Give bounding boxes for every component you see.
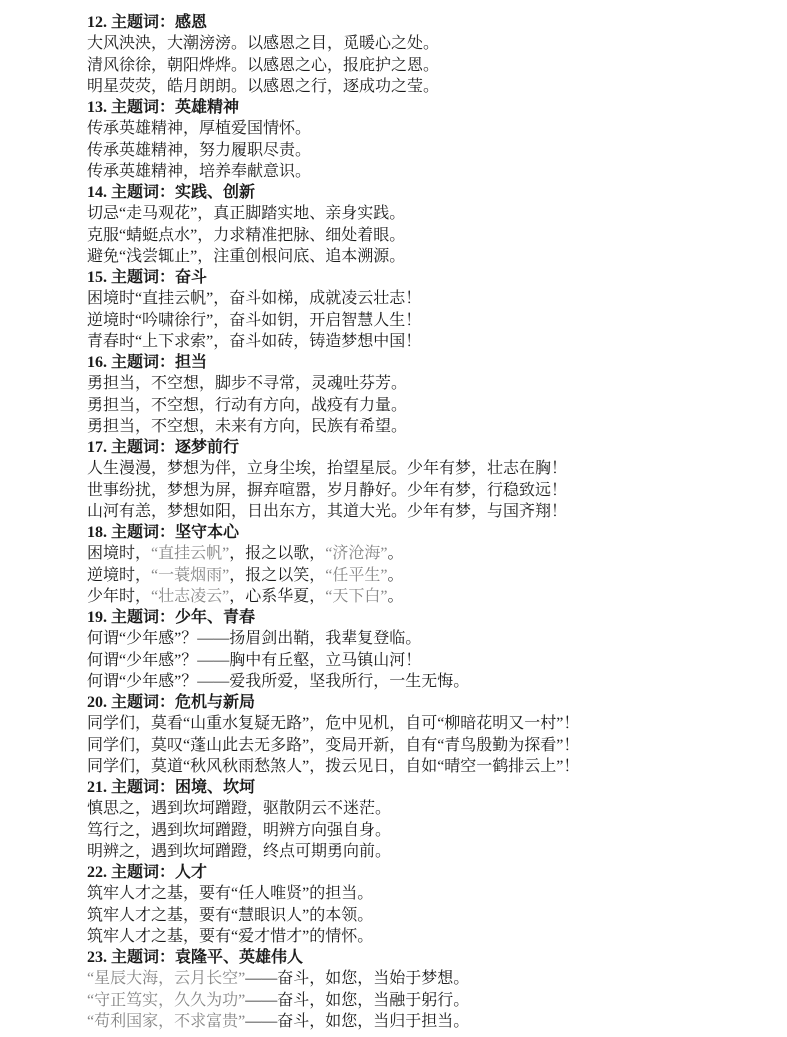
text-line: 何谓“少年感”？——扬眉剑出鞘，我辈复登临。 <box>87 628 757 649</box>
text-line: 明辨之，遇到坎坷蹭蹬，终点可期勇向前。 <box>87 841 757 862</box>
text-run: 避免“浅尝辄止”，注重创根问底、追本溯源。 <box>87 248 405 265</box>
text-run: 清风徐徐，朝阳烨烨。以感恩之心，报庇护之恩。 <box>87 57 439 74</box>
text-line: 克服“蜻蜓点水”，力求精准把脉、细处着眼。 <box>87 225 757 246</box>
quoted-phrase: “天下白” <box>325 588 387 605</box>
section-21: 21. 主题词：困境、坎坷慎思之，遇到坎坷蹭蹬，驱散阴云不迷茫。笃行之，遇到坎坷… <box>87 777 757 862</box>
text-run: 传承英雄精神，厚植爱国情怀。 <box>87 120 311 137</box>
text-run: 勇担当，不空想，行动有方向，战疫有力量。 <box>87 397 407 414</box>
section-18: 18. 主题词：坚守本心困境时，“直挂云帆”，报之以歌，“济沧海”。逆境时，“一… <box>87 522 757 607</box>
text-run: ，报之以歌， <box>229 545 325 562</box>
text-run: 逆境时， <box>87 567 151 584</box>
text-run: ，心系华夏， <box>229 588 325 605</box>
text-line: 慎思之，遇到坎坷蹭蹬，驱散阴云不迷茫。 <box>87 798 757 819</box>
text-run: ，报之以笑， <box>229 567 325 584</box>
text-run: 。 <box>387 567 403 584</box>
section-heading: 18. 主题词：坚守本心 <box>87 522 757 543</box>
section-heading: 17. 主题词：逐梦前行 <box>87 437 757 458</box>
text-run: 笃行之，遇到坎坷蹭蹬，明辨方向强自身。 <box>87 822 391 839</box>
text-run: 筑牢人才之基，要有“慧眼识人”的本领。 <box>87 907 373 924</box>
text-line: 传承英雄精神，培养奉献意识。 <box>87 161 757 182</box>
text-run: 。 <box>387 545 403 562</box>
text-run: 慎思之，遇到坎坷蹭蹬，驱散阴云不迷茫。 <box>87 800 391 817</box>
text-run: 勇担当，不空想，脚步不寻常，灵魂吐芬芳。 <box>87 375 407 392</box>
text-line: 勇担当，不空想，未来有方向，民族有希望。 <box>87 416 757 437</box>
text-line: 明星荧荧，皓月朗朗。以感恩之行，逐成功之莹。 <box>87 76 757 97</box>
text-run: 青春时“上下求索”，奋斗如砖，铸造梦想中国！ <box>87 333 421 350</box>
section-19: 19. 主题词：少年、青春何谓“少年感”？——扬眉剑出鞘，我辈复登临。何谓“少年… <box>87 607 757 692</box>
quoted-phrase: “星辰大海，云月长空” <box>87 970 245 987</box>
quoted-phrase: “一蓑烟雨” <box>151 567 229 584</box>
text-line: 世事纷扰，梦想为屏，摒弃喧嚣，岁月静好。少年有梦，行稳致远！ <box>87 480 757 501</box>
text-line: 传承英雄精神，厚植爱国情怀。 <box>87 118 757 139</box>
quoted-phrase: “守正笃实，久久为功” <box>87 992 245 1009</box>
text-line: 逆境时“吟啸徐行”，奋斗如钥，开启智慧人生！ <box>87 310 757 331</box>
text-run: 传承英雄精神，培养奉献意识。 <box>87 163 311 180</box>
text-line: 筑牢人才之基，要有“慧眼识人”的本领。 <box>87 905 757 926</box>
text-run: 。 <box>387 588 403 605</box>
text-run: 克服“蜻蜓点水”，力求精准把脉、细处着眼。 <box>87 227 405 244</box>
document-body: 12. 主题词：感恩大风泱泱，大潮滂滂。以感恩之目，觅暖心之处。清风徐徐，朝阳烨… <box>87 12 757 1032</box>
text-line: 何谓“少年感”？——爱我所爱，坚我所行，一生无悔。 <box>87 671 757 692</box>
text-line: 大风泱泱，大潮滂滂。以感恩之目，觅暖心之处。 <box>87 33 757 54</box>
section-20: 20. 主题词：危机与新局同学们，莫看“山重水复疑无路”，危中见机，自可“柳暗花… <box>87 692 757 777</box>
section-heading: 14. 主题词：实践、创新 <box>87 182 757 203</box>
text-line: 山河有恙，梦想如阳，日出东方，其道大光。少年有梦，与国齐翔！ <box>87 501 757 522</box>
text-run: 困境时， <box>87 545 151 562</box>
text-run: 世事纷扰，梦想为屏，摒弃喧嚣，岁月静好。少年有梦，行稳致远！ <box>87 482 567 499</box>
text-line: 筑牢人才之基，要有“任人唯贤”的担当。 <box>87 883 757 904</box>
text-run: 逆境时“吟啸徐行”，奋斗如钥，开启智慧人生！ <box>87 312 421 329</box>
section-16: 16. 主题词：担当勇担当，不空想，脚步不寻常，灵魂吐芬芳。勇担当，不空想，行动… <box>87 352 757 437</box>
section-heading: 21. 主题词：困境、坎坷 <box>87 777 757 798</box>
text-line: 筑牢人才之基，要有“爱才惜才”的情怀。 <box>87 926 757 947</box>
section-heading: 12. 主题词：感恩 <box>87 12 757 33</box>
text-run: 何谓“少年感”？——胸中有丘壑，立马镇山河！ <box>87 652 421 669</box>
section-heading: 15. 主题词：奋斗 <box>87 267 757 288</box>
text-line: 避免“浅尝辄止”，注重创根问底、追本溯源。 <box>87 246 757 267</box>
text-line: “星辰大海，云月长空”——奋斗，如您，当始于梦想。 <box>87 968 757 989</box>
text-line: “守正笃实，久久为功”——奋斗，如您，当融于躬行。 <box>87 990 757 1011</box>
quoted-phrase: “直挂云帆” <box>151 545 229 562</box>
section-heading: 13. 主题词：英雄精神 <box>87 97 757 118</box>
text-line: 人生漫漫，梦想为伴，立身尘埃，抬望星辰。少年有梦，壮志在胸！ <box>87 458 757 479</box>
text-run: 明星荧荧，皓月朗朗。以感恩之行，逐成功之莹。 <box>87 78 439 95</box>
quoted-phrase: “壮志凌云” <box>151 588 229 605</box>
section-14: 14. 主题词：实践、创新切忌“走马观花”，真正脚踏实地、亲身实践。克服“蜻蜓点… <box>87 182 757 267</box>
section-13: 13. 主题词：英雄精神传承英雄精神，厚植爱国情怀。传承英雄精神，努力履职尽责。… <box>87 97 757 182</box>
quoted-phrase: “济沧海” <box>325 545 387 562</box>
text-run: 同学们，莫道“秋风秋雨愁煞人”，拨云见日，自如“晴空一鹤排云上”！ <box>87 758 579 775</box>
text-line: 青春时“上下求索”，奋斗如砖，铸造梦想中国！ <box>87 331 757 352</box>
text-run: 筑牢人才之基，要有“爱才惜才”的情怀。 <box>87 928 373 945</box>
section-17: 17. 主题词：逐梦前行人生漫漫，梦想为伴，立身尘埃，抬望星辰。少年有梦，壮志在… <box>87 437 757 522</box>
text-run: ——奋斗，如您，当始于梦想。 <box>245 970 469 987</box>
text-line: 传承英雄精神，努力履职尽责。 <box>87 140 757 161</box>
text-line: 困境时，“直挂云帆”，报之以歌，“济沧海”。 <box>87 543 757 564</box>
text-run: 筑牢人才之基，要有“任人唯贤”的担当。 <box>87 885 373 902</box>
text-line: 少年时，“壮志凌云”，心系华夏，“天下白”。 <box>87 586 757 607</box>
text-line: 清风徐徐，朝阳烨烨。以感恩之心，报庇护之恩。 <box>87 55 757 76</box>
text-line: 同学们，莫叹“蓬山此去无多路”，变局开新，自有“青鸟殷勤为探看”！ <box>87 735 757 756</box>
text-run: 何谓“少年感”？——扬眉剑出鞘，我辈复登临。 <box>87 630 421 647</box>
text-run: 明辨之，遇到坎坷蹭蹬，终点可期勇向前。 <box>87 843 391 860</box>
section-22: 22. 主题词：人才筑牢人才之基，要有“任人唯贤”的担当。筑牢人才之基，要有“慧… <box>87 862 757 947</box>
text-run: 少年时， <box>87 588 151 605</box>
text-line: 勇担当，不空想，行动有方向，战疫有力量。 <box>87 395 757 416</box>
text-run: ——奋斗，如您，当融于躬行。 <box>245 992 469 1009</box>
text-line: 逆境时，“一蓑烟雨”，报之以笑，“任平生”。 <box>87 565 757 586</box>
section-12: 12. 主题词：感恩大风泱泱，大潮滂滂。以感恩之目，觅暖心之处。清风徐徐，朝阳烨… <box>87 12 757 97</box>
text-run: 同学们，莫看“山重水复疑无路”，危中见机，自可“柳暗花明又一村”！ <box>87 715 579 732</box>
text-run: 人生漫漫，梦想为伴，立身尘埃，抬望星辰。少年有梦，壮志在胸！ <box>87 460 567 477</box>
text-run: ——奋斗，如您，当归于担当。 <box>245 1013 469 1030</box>
text-line: 同学们，莫道“秋风秋雨愁煞人”，拨云见日，自如“晴空一鹤排云上”！ <box>87 756 757 777</box>
document-page: 12. 主题词：感恩大风泱泱，大潮滂滂。以感恩之目，觅暖心之处。清风徐徐，朝阳烨… <box>0 0 787 1037</box>
text-line: 笃行之，遇到坎坷蹭蹬，明辨方向强自身。 <box>87 820 757 841</box>
text-line: 切忌“走马观花”，真正脚踏实地、亲身实践。 <box>87 203 757 224</box>
text-line: 同学们，莫看“山重水复疑无路”，危中见机，自可“柳暗花明又一村”！ <box>87 713 757 734</box>
text-run: 切忌“走马观花”，真正脚踏实地、亲身实践。 <box>87 205 405 222</box>
section-heading: 22. 主题词：人才 <box>87 862 757 883</box>
text-run: 同学们，莫叹“蓬山此去无多路”，变局开新，自有“青鸟殷勤为探看”！ <box>87 737 579 754</box>
text-run: 大风泱泱，大潮滂滂。以感恩之目，觅暖心之处。 <box>87 35 439 52</box>
text-run: 勇担当，不空想，未来有方向，民族有希望。 <box>87 418 407 435</box>
quoted-phrase: “任平生” <box>325 567 387 584</box>
section-23: 23. 主题词：袁隆平、英雄伟人“星辰大海，云月长空”——奋斗，如您，当始于梦想… <box>87 947 757 1032</box>
text-line: 困境时“直挂云帆”，奋斗如梯，成就凌云壮志！ <box>87 288 757 309</box>
section-heading: 19. 主题词：少年、青春 <box>87 607 757 628</box>
section-heading: 16. 主题词：担当 <box>87 352 757 373</box>
text-line: “苟利国家，不求富贵”——奋斗，如您，当归于担当。 <box>87 1011 757 1032</box>
text-run: 山河有恙，梦想如阳，日出东方，其道大光。少年有梦，与国齐翔！ <box>87 503 567 520</box>
quoted-phrase: “苟利国家，不求富贵” <box>87 1013 245 1030</box>
text-run: 困境时“直挂云帆”，奋斗如梯，成就凌云壮志！ <box>87 290 421 307</box>
text-line: 何谓“少年感”？——胸中有丘壑，立马镇山河！ <box>87 650 757 671</box>
text-line: 勇担当，不空想，脚步不寻常，灵魂吐芬芳。 <box>87 373 757 394</box>
text-run: 何谓“少年感”？——爱我所爱，坚我所行，一生无悔。 <box>87 673 469 690</box>
section-heading: 23. 主题词：袁隆平、英雄伟人 <box>87 947 757 968</box>
text-run: 传承英雄精神，努力履职尽责。 <box>87 142 311 159</box>
section-15: 15. 主题词：奋斗困境时“直挂云帆”，奋斗如梯，成就凌云壮志！逆境时“吟啸徐行… <box>87 267 757 352</box>
section-heading: 20. 主题词：危机与新局 <box>87 692 757 713</box>
